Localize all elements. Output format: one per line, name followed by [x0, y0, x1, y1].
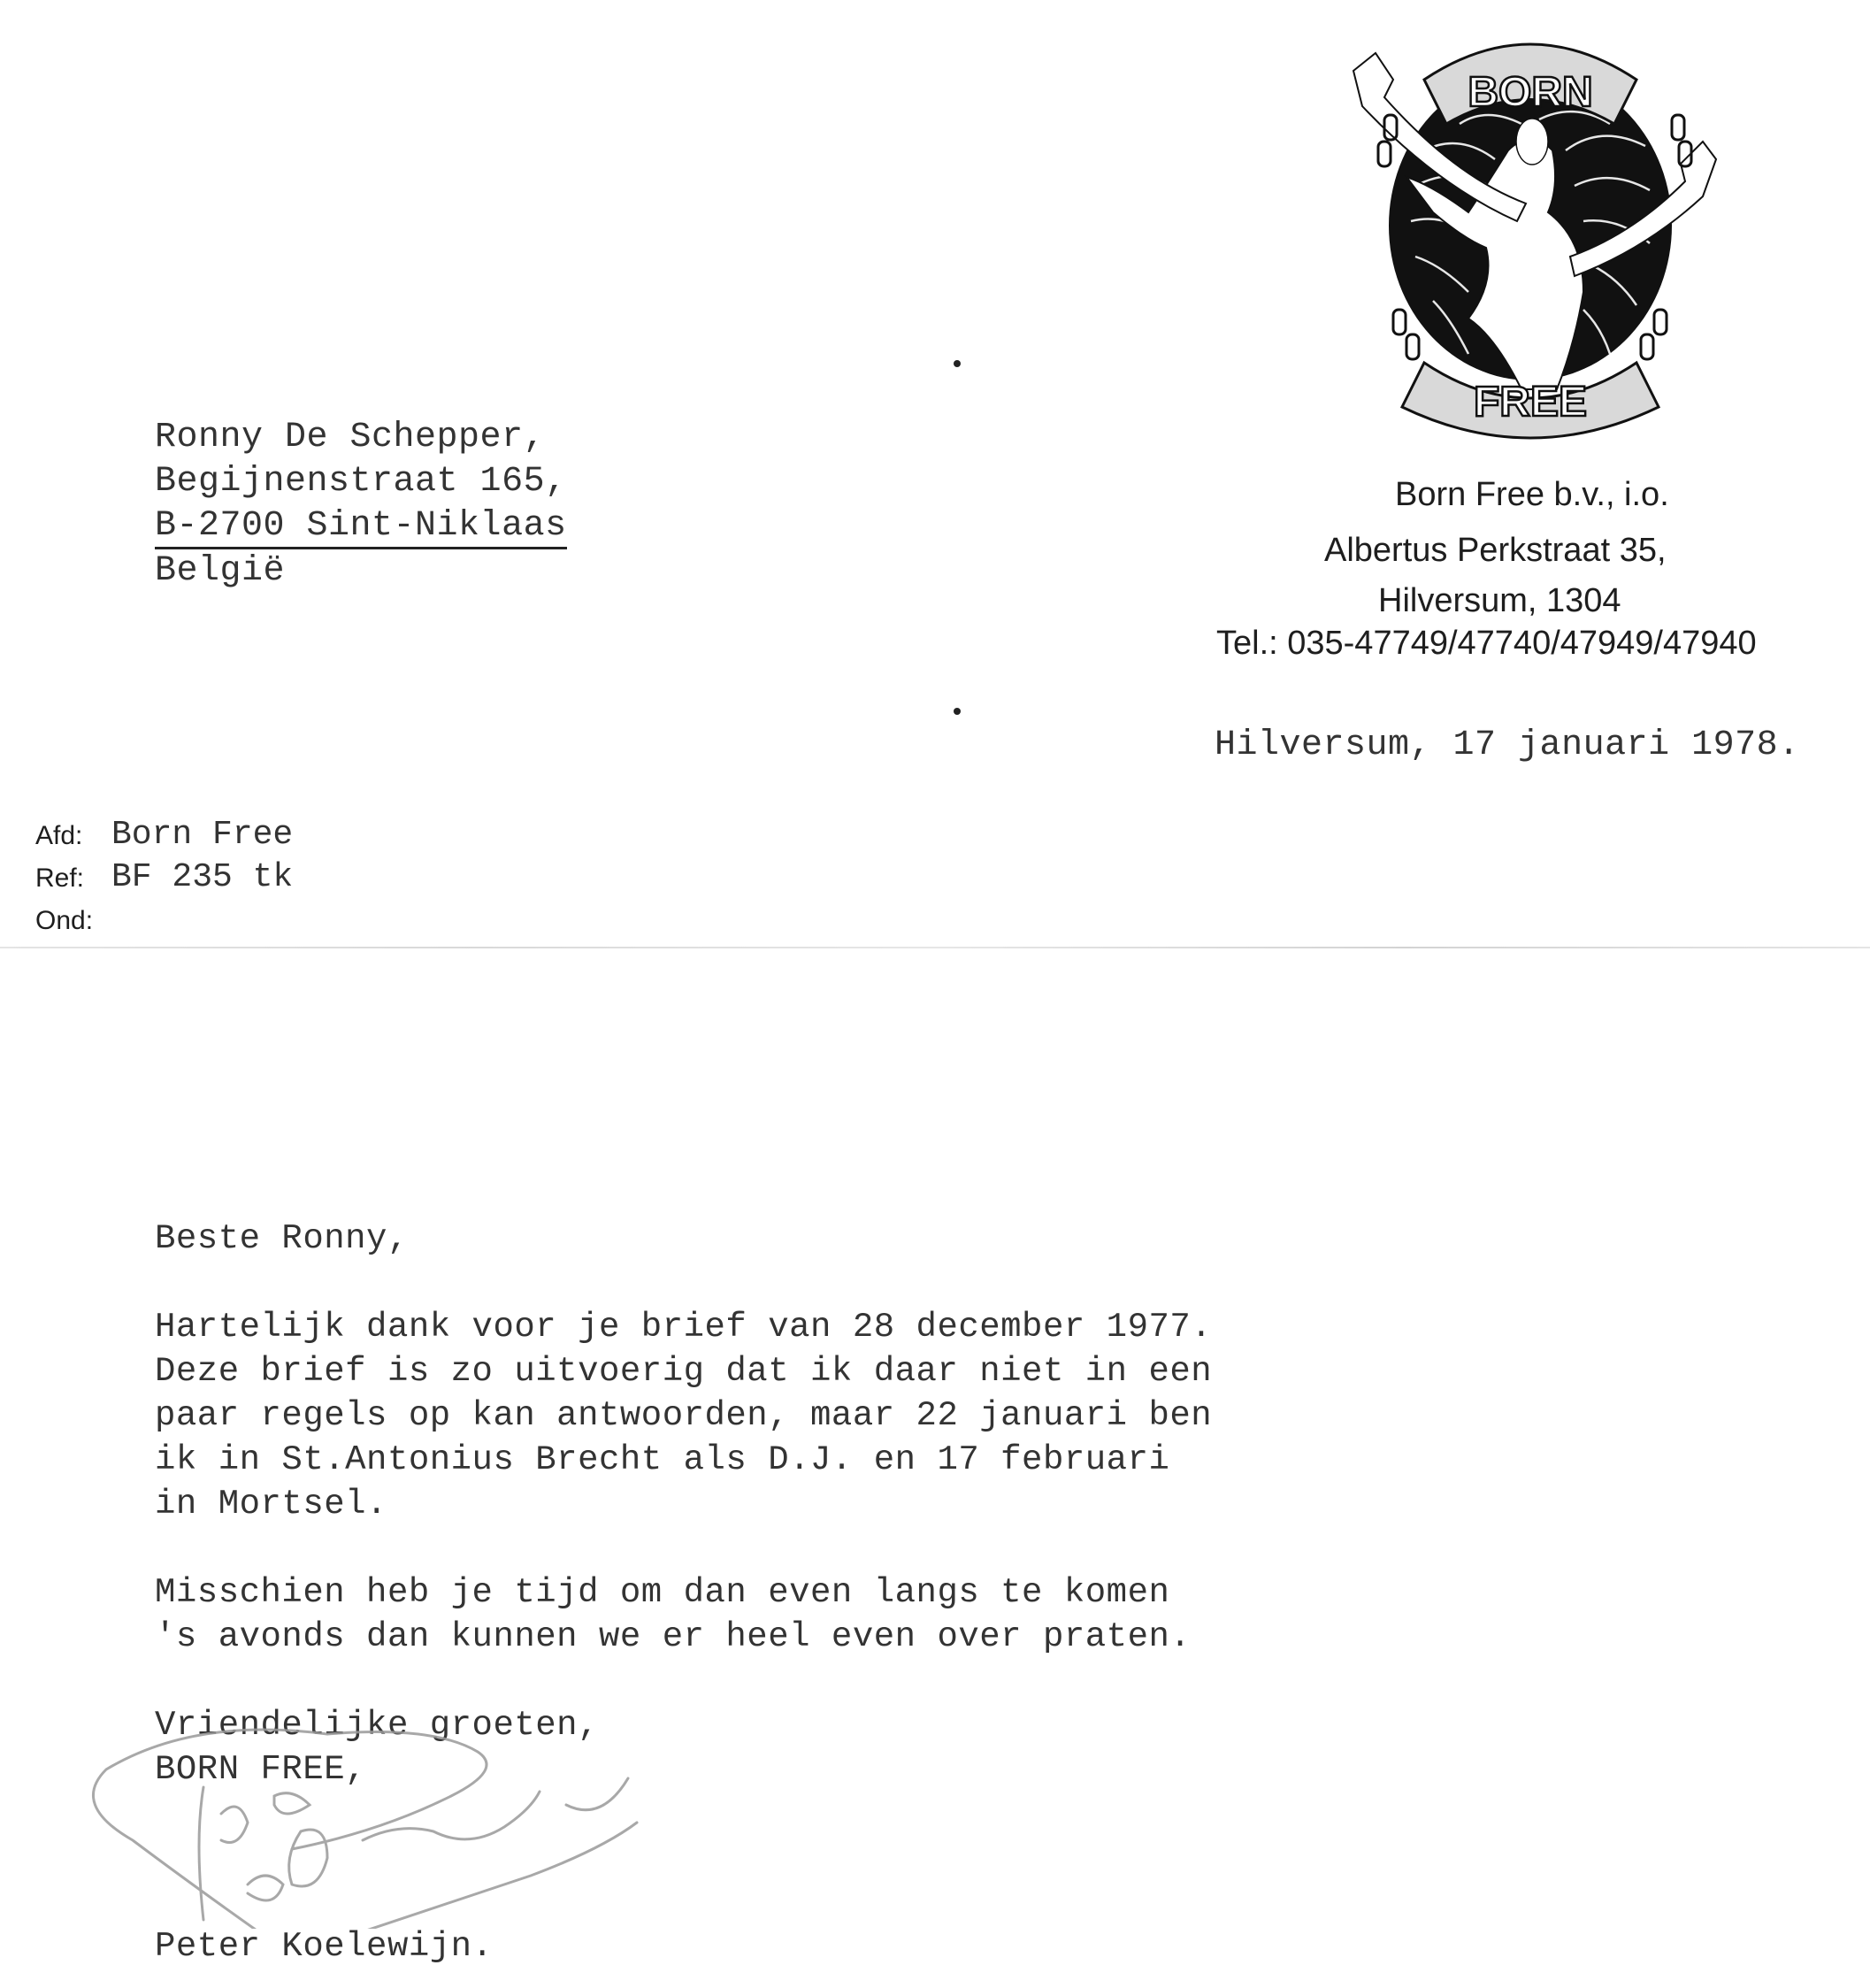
company-city: Hilversum, 1304	[1378, 584, 1621, 618]
recipient-postal-city: B-2700 Sint-Niklaas	[155, 506, 567, 549]
company-name: Born Free b.v., i.o.	[1395, 478, 1669, 511]
ref-label: Ond:	[35, 906, 93, 936]
recipient-address: Ronny De Schepper, Begijnenstraat 165, B…	[155, 416, 567, 594]
recipient-street: Begijnenstraat 165,	[155, 460, 567, 504]
born-free-logo-icon: BORN FREE	[1300, 18, 1760, 442]
ref-label: Afd:	[35, 821, 82, 851]
company-phone: Tel.: 035-47749/47740/47949/47940	[1216, 626, 1757, 660]
handwritten-signature-icon	[71, 1708, 690, 1929]
date-line: Hilversum, 17 januari 1978.	[1215, 725, 1800, 765]
body-line: Hartelijk dank voor je brief van 28 dece…	[155, 1305, 1212, 1349]
body-line: in Mortsel.	[155, 1482, 1212, 1526]
ref-value: BF 235 tk	[111, 858, 293, 896]
signer-name: Peter Koelewijn.	[155, 1924, 1212, 1969]
recipient-name: Ronny De Schepper,	[155, 416, 567, 460]
punch-mark	[954, 360, 961, 367]
fold-line	[0, 947, 1870, 948]
body-line: 's avonds dan kunnen we er heel even ove…	[155, 1615, 1212, 1659]
body-line: paar regels op kan antwoorden, maar 22 j…	[155, 1393, 1212, 1438]
svg-text:BORN: BORN	[1468, 69, 1592, 116]
body-line: Misschien heb je tijd om dan even langs …	[155, 1570, 1212, 1615]
body-line: ik in St.Antonius Brecht als D.J. en 17 …	[155, 1438, 1212, 1482]
body-line: Deze brief is zo uitvoerig dat ik daar n…	[155, 1349, 1212, 1393]
recipient-country: België	[155, 549, 567, 594]
svg-text:FREE: FREE	[1474, 379, 1587, 426]
ref-value: Born Free	[111, 816, 293, 854]
company-street: Albertus Perkstraat 35,	[1324, 533, 1667, 567]
punch-mark	[954, 708, 961, 715]
salutation: Beste Ronny,	[155, 1217, 1212, 1261]
ref-label: Ref:	[35, 864, 84, 894]
